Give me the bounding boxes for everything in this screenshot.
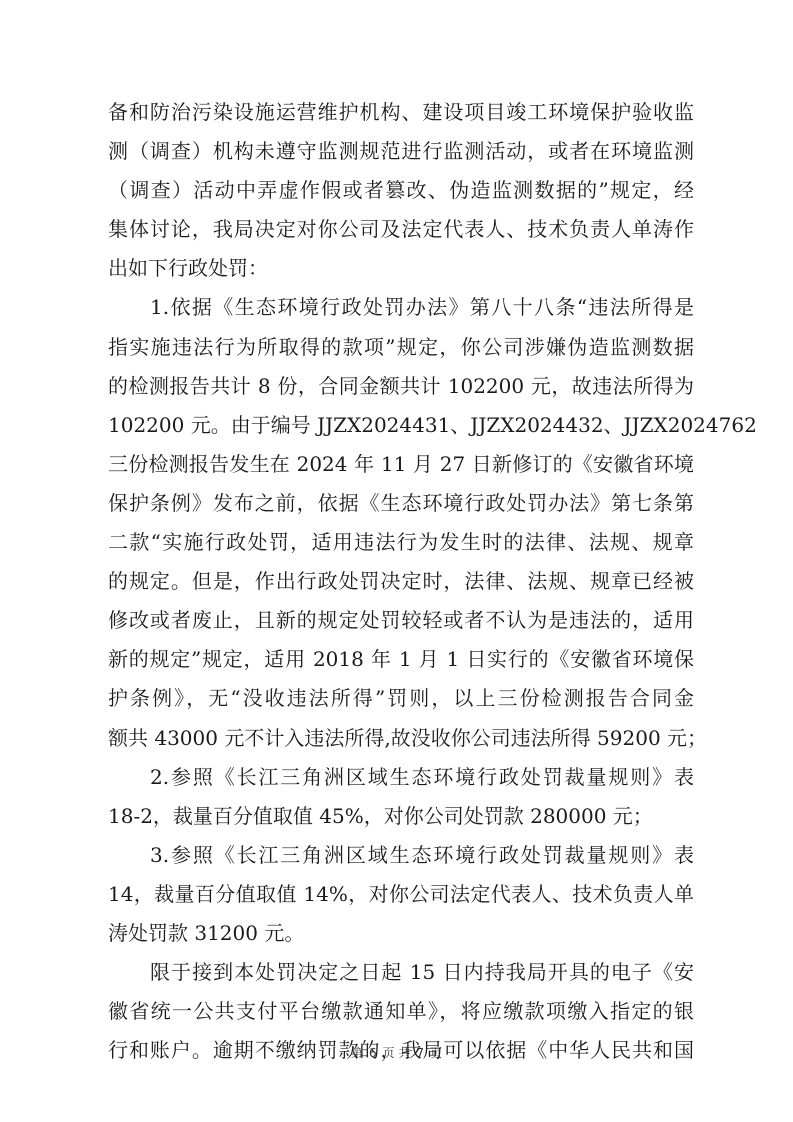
text-line: 备和防治污染设施运营维护机构、建设项目竣工环境保护验收监 xyxy=(108,93,694,132)
text-line: 三份检测报告发生在 2024 年 11 月 27 日新修订的《安徽省环境 xyxy=(108,445,694,484)
text-line: 102200 元。由于编号 JJZX2024431、JJZX2024432、JJ… xyxy=(108,406,694,445)
text-line: 徽省统一公共支付平台缴款通知单》，将应缴款项缴入指定的银 xyxy=(108,992,694,1031)
text-line: 的规定。但是，作出行政处罚决定时，法律、法规、规章已经被 xyxy=(108,562,694,601)
footer-suffix: 页 xyxy=(430,1046,442,1060)
text-line: 测（调查）机构未遵守监测规范进行监测活动，或者在环境监测 xyxy=(108,132,694,171)
text-line: 指实施违法行为所取得的款项”规定，你公司涉嫌伪造监测数据 xyxy=(108,328,694,367)
text-line: 集体讨论，我局决定对你公司及法定代表人、技术负责人单涛作 xyxy=(108,210,694,249)
total-pages-number: 7 xyxy=(416,1046,424,1060)
text-line: 2.参照《长江三角洲区域生态环境行政处罚裁量规则》表 xyxy=(108,758,694,797)
text-line: 额共 43000 元不计入违法所得,故没收你公司违法所得 59200 元； xyxy=(108,719,694,758)
text-line: 3.参照《长江三角洲区域生态环境行政处罚裁量规则》表 xyxy=(108,836,694,875)
footer-prefix: 第 xyxy=(351,1046,363,1060)
text-line: 修改或者废止，且新的规定处罚较轻或者不认为是违法的，适用 xyxy=(108,601,694,640)
page-footer: 第6页 共7页 xyxy=(0,1044,793,1061)
text-line: 新的规定”规定，适用 2018 年 1 月 1 日实行的《安徽省环境保 xyxy=(108,640,694,679)
text-line: 保护条例》发布之前，依据《生态环境行政处罚办法》第七条第 xyxy=(108,484,694,523)
footer-middle: 页 共 xyxy=(383,1046,411,1060)
text-line: 1.依据《生态环境行政处罚办法》第八十八条“违法所得是 xyxy=(108,288,694,327)
text-line: 的检测报告共计 8 份，合同金额共计 102200 元，故违法所得为 xyxy=(108,367,694,406)
text-line: 限于接到本处罚决定之日起 15 日内持我局开具的电子《安 xyxy=(108,953,694,992)
text-line: 二款“实施行政处罚，适用违法行为发生时的法律、法规、规章 xyxy=(108,523,694,562)
text-line: （调查）活动中弄虚作假或者篡改、伪造监测数据的”规定，经 xyxy=(108,171,694,210)
text-line: 涛处罚款 31200 元。 xyxy=(108,914,694,953)
current-page-number: 6 xyxy=(369,1046,377,1060)
document-page: 备和防治污染设施运营维护机构、建设项目竣工环境保护验收监测（调查）机构未遵守监测… xyxy=(0,0,793,1122)
text-line: 出如下行政处罚： xyxy=(108,249,694,288)
document-body: 备和防治污染设施运营维护机构、建设项目竣工环境保护验收监测（调查）机构未遵守监测… xyxy=(108,93,694,1070)
text-line: 14，裁量百分值取值 14%，对你公司法定代表人、技术负责人单 xyxy=(108,875,694,914)
text-line: 护条例》，无“没收违法所得”罚则，以上三份检测报告合同金 xyxy=(108,679,694,718)
text-line: 18-2，裁量百分值取值 45%，对你公司处罚款 280000 元； xyxy=(108,797,694,836)
